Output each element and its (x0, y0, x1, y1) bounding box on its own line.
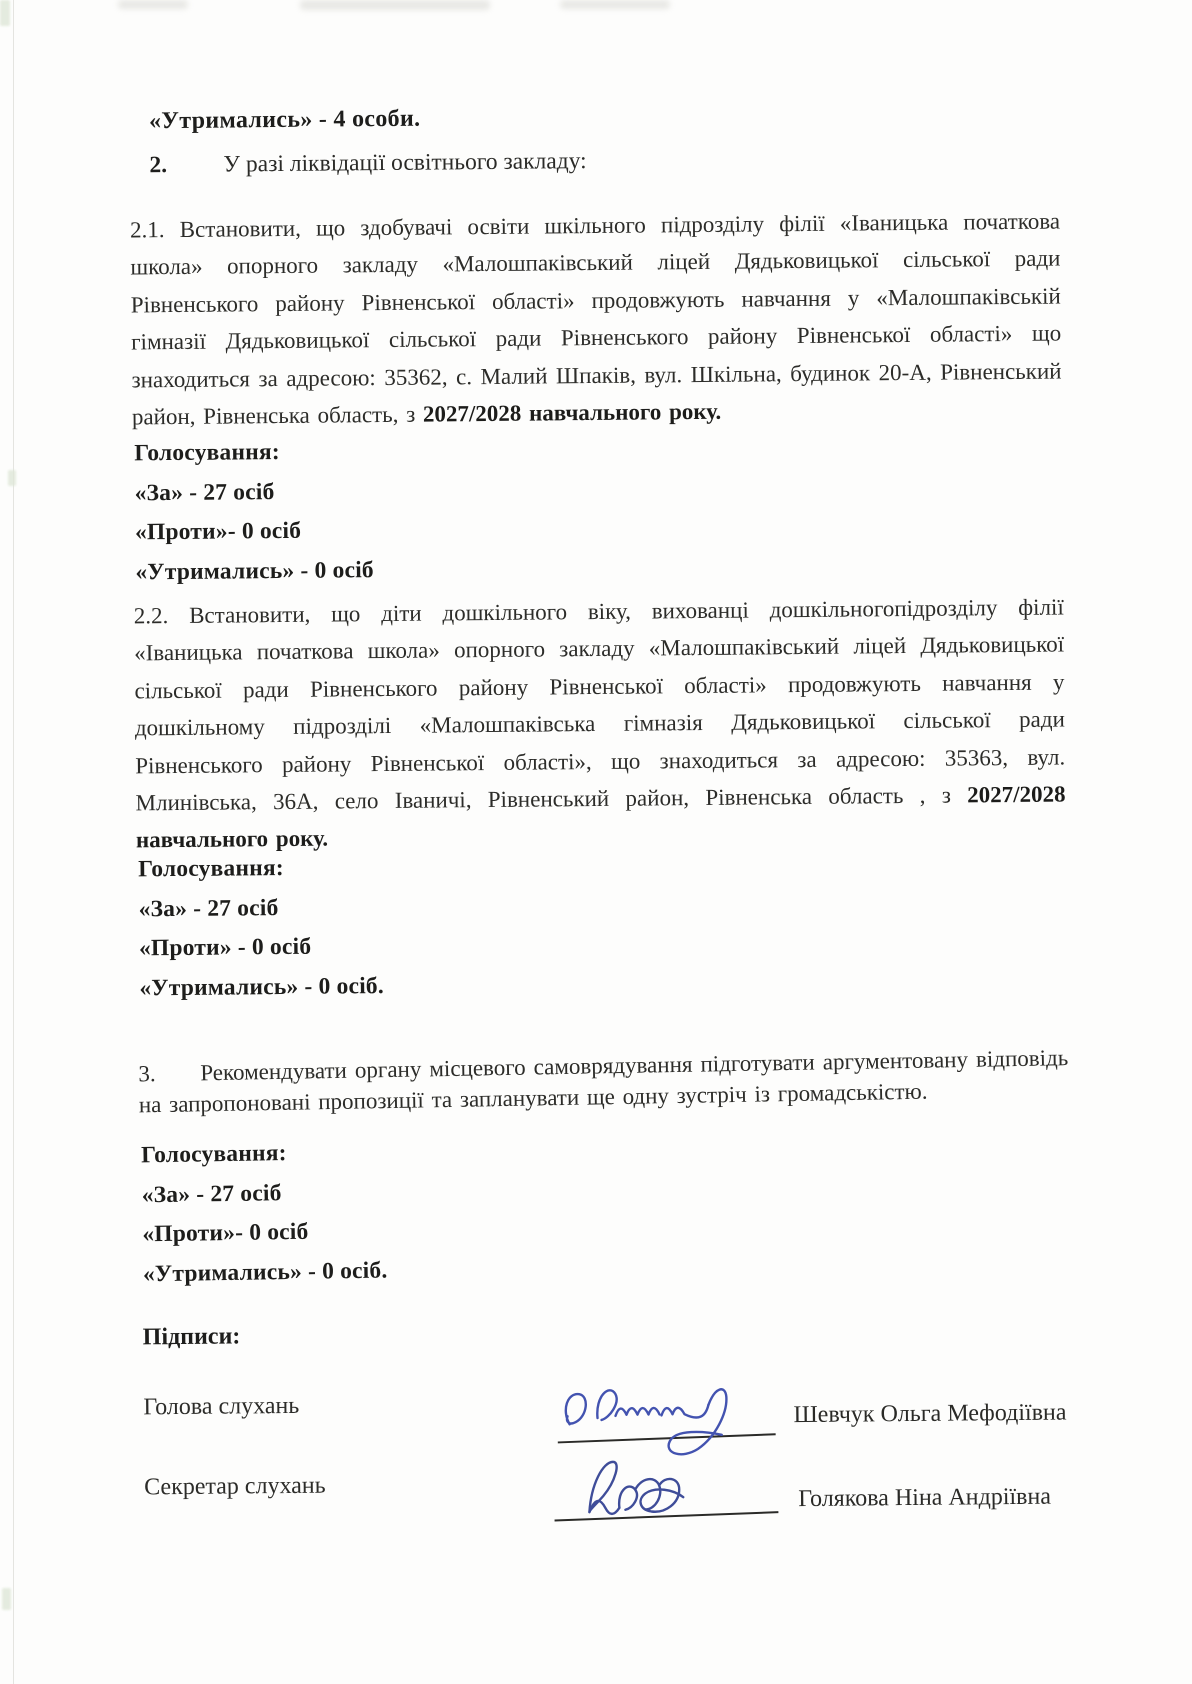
signatures-heading: Підписи: (143, 1323, 241, 1351)
paragraph-2-1: 2.1. Встановити, що здобувачі освіти шкі… (130, 203, 1062, 436)
voting-3-against: «Проти»- 0 осіб (142, 1212, 387, 1255)
voting-2-title: Голосування: (138, 848, 383, 890)
voting-2-for: «За» - 27 осіб (138, 888, 383, 930)
document-content: «Утримались» - 4 особи. 2.У разі ліквіда… (0, 0, 1192, 1684)
voting-block-3: Голосування: «За» - 27 осіб «Проти»- 0 о… (141, 1133, 388, 1295)
item-2-heading: 2.У разі ліквідації освітнього закладу: (149, 148, 586, 179)
voting-1-abstained: «Утримались» - 0 осіб (135, 551, 374, 593)
voting-2-abstained: «Утримались» - 0 осіб. (139, 967, 384, 1009)
voting-1-against: «Проти»- 0 осіб (135, 511, 374, 553)
document-page: «Утримались» - 4 особи. 2.У разі ліквіда… (0, 0, 1192, 1684)
item-2-heading-text: У разі ліквідації освітнього закладу: (223, 148, 586, 177)
signature-name-secretary: Голякова Ніна Андріївна (798, 1484, 1051, 1513)
paragraph-3-text: Рекомендувати органу місцевого самовряду… (139, 1045, 1069, 1117)
voting-3-abstained: «Утримались» - 0 осіб. (143, 1251, 388, 1294)
voting-1-for: «За» - 27 осіб (134, 472, 373, 514)
signature-name-chair: Шевчук Ольга Мефодіївна (793, 1400, 1066, 1430)
voting-2-against: «Проти» - 0 осіб (139, 927, 384, 969)
voting-1-title: Голосування: (134, 432, 373, 474)
voting-block-2: Голосування: «За» - 27 осіб «Проти» - 0 … (138, 848, 384, 1008)
signature-ink-secretary (551, 1446, 802, 1548)
voting-3-for: «За» - 27 осіб (141, 1172, 386, 1215)
signature-role-chair: Голова слухань (143, 1393, 299, 1421)
abstained-result-top: «Утримались» - 4 особи. (149, 106, 421, 136)
item-2-number: 2. (149, 152, 223, 180)
signature-role-secretary: Секретар слухань (144, 1473, 326, 1502)
paragraph-3: 3.Рекомендувати органу місцевого самовря… (138, 1043, 1069, 1120)
voting-block-1: Голосування: «За» - 27 осіб «Проти»- 0 о… (134, 432, 374, 592)
paragraph-2-1-bold-year: 2027/2028 навчального року. (423, 399, 721, 427)
paragraph-2-2: 2.2. Встановити, що діти дошкільного вік… (134, 588, 1066, 859)
paragraph-2-2-text: 2.2. Встановити, що діти дошкільного вік… (134, 594, 1066, 815)
item-3-number: 3. (138, 1058, 201, 1090)
paragraph-2-1-text: 2.1. Встановити, що здобувачі освіти шкі… (130, 209, 1062, 430)
voting-3-title: Голосування: (141, 1133, 386, 1176)
